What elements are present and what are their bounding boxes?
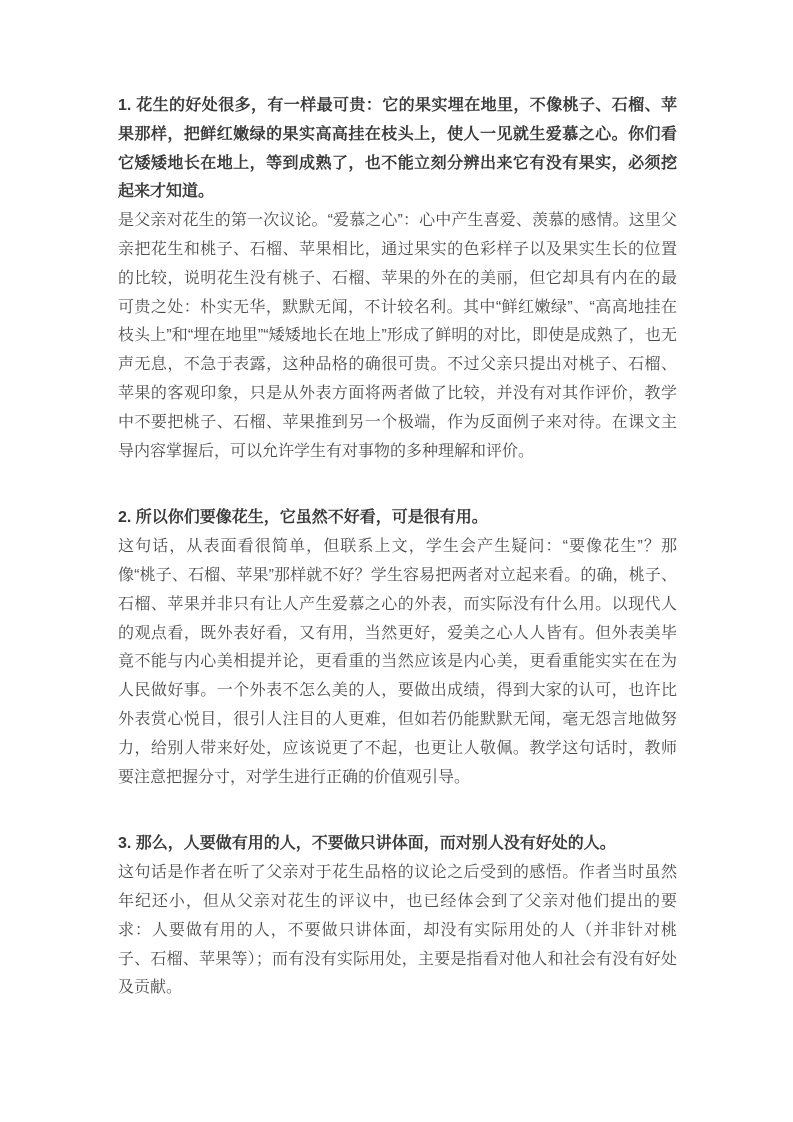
document-text-block: 1. 花生的好处很多，有一样最可贵：它的果实埋在地里，不像桃子、石榴、苹果那样，… <box>118 92 677 1003</box>
section-2-heading: 2. 所以你们要像花生，它虽然不好看，可是很有用。 <box>118 504 677 533</box>
section-3-body: 这句话是作者在听了父亲对于花生品格的议论之后受到的感悟。作者当时虽然年纪还小，但… <box>118 859 677 1003</box>
section-2-body: 这句话，从表面看很简单，但联系上文，学生会产生疑问：“要像花生”？那像“桃子、石… <box>118 533 677 792</box>
section-3: 3. 那么，人要做有用的人，不要做只讲体面，而对别人没有好处的人。 这句话是作者… <box>118 830 677 1003</box>
section-1-body: 是父亲对花生的第一次议论。“爱慕之心”：心中产生喜爱、羡慕的感情。这里父亲把花生… <box>118 207 677 466</box>
section-3-heading: 3. 那么，人要做有用的人，不要做只讲体面，而对别人没有好处的人。 <box>118 830 677 859</box>
document-page: 1. 花生的好处很多，有一样最可贵：它的果实埋在地里，不像桃子、石榴、苹果那样，… <box>0 0 793 1122</box>
section-1: 1. 花生的好处很多，有一样最可贵：它的果实埋在地里，不像桃子、石榴、苹果那样，… <box>118 92 677 466</box>
section-2: 2. 所以你们要像花生，它虽然不好看，可是很有用。 这句话，从表面看很简单，但联… <box>118 504 677 792</box>
section-1-heading: 1. 花生的好处很多，有一样最可贵：它的果实埋在地里，不像桃子、石榴、苹果那样，… <box>118 92 677 207</box>
